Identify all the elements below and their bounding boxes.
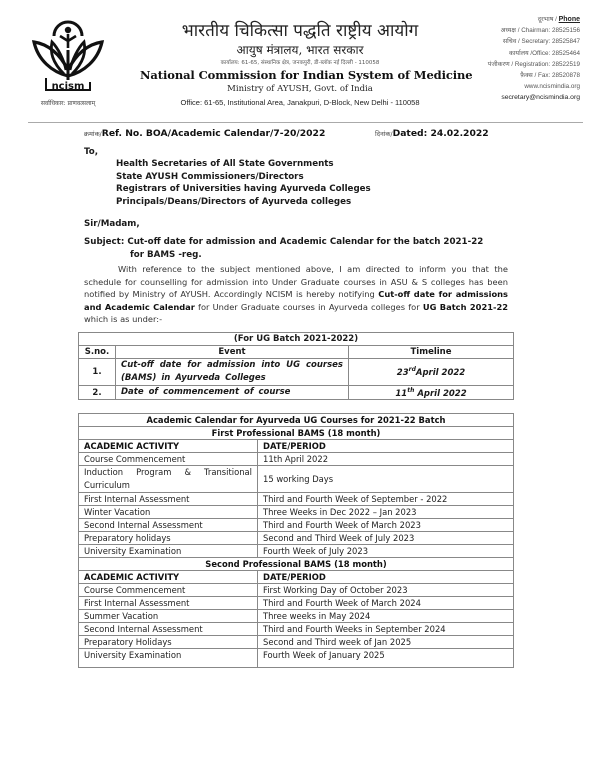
table-row: Induction Program & Transitional Curricu… — [79, 466, 514, 493]
table-header-row: ACADEMIC ACTIVITY DATE/PERIOD — [79, 440, 514, 453]
recipients-list: Health Secretaries of All State Governme… — [116, 158, 371, 209]
month-year: April 2022 — [416, 368, 465, 378]
cell-period: Three weeks in May 2024 — [258, 610, 514, 623]
cell-period: Three Weeks in Dec 2022 – Jan 2023 — [258, 506, 514, 519]
hindi-ministry: आयुष मंत्रालय, भारत सरकार — [150, 41, 450, 58]
cell-timeline: 23rdApril 2022 — [349, 359, 514, 386]
col-header-event: Event — [116, 346, 349, 359]
table-row: Preparatory HolidaysSecond and Third wee… — [79, 636, 514, 649]
date-text: Dated: 24.02.2022 — [393, 128, 489, 139]
cell-activity: Winter Vacation — [79, 506, 258, 519]
contact-chairman: अध्यक्ष / Chairman: 28525156 — [440, 25, 580, 36]
table-row: Winter VacationThree Weeks in Dec 2022 –… — [79, 506, 514, 519]
phone-heading: Phone — [559, 16, 580, 23]
table-row: 1. Cut-off date for admission into UG co… — [79, 359, 514, 386]
table-row: Course Commencement11th April 2022 — [79, 453, 514, 466]
month-year: April 2022 — [414, 388, 466, 398]
table-row: 2. Date of commencement of course 11th A… — [79, 386, 514, 400]
cell-timeline: 11th April 2022 — [349, 386, 514, 400]
to-label: To, — [84, 147, 98, 157]
recipient: Principals/Deans/Directors of Ayurveda c… — [116, 196, 371, 209]
para-text: for Under Graduate courses in Ayurveda c… — [195, 302, 423, 312]
cell-period: Third and Fourth Week of September - 202… — [258, 493, 514, 506]
hindi-address: कार्यालय: 61-65, संस्थानिक क्षेत्र, जनकप… — [150, 58, 450, 66]
contact-registration: पंजीकरण / Registration: 28522519 — [440, 59, 580, 70]
cell-period: Third and Fourth Week of March 2024 — [258, 597, 514, 610]
cell-activity: University Examination — [79, 649, 258, 668]
table-row: First Internal AssessmentThird and Fourt… — [79, 597, 514, 610]
section-heading: Second Professional BAMS (18 month) — [79, 558, 514, 571]
col-header-sno: S.no. — [79, 346, 116, 359]
contact-block: दूरभाष / Phone अध्यक्ष / Chairman: 28525… — [440, 14, 580, 104]
table-header-row: S.no. Event Timeline — [79, 346, 514, 359]
table-title-row: Academic Calendar for Ayurveda UG Course… — [79, 414, 514, 427]
table-caption-row: (For UG Batch 2021-2022) — [79, 333, 514, 346]
table-row: University ExaminationFourth Week of Jan… — [79, 649, 514, 668]
cell-activity: Second Internal Assessment — [79, 519, 258, 532]
office-address: Office: 61-65, Institutional Area, Janak… — [130, 98, 470, 107]
cell-activity: Course Commencement — [79, 584, 258, 597]
subject-line: Subject: Cut-off date for admission and … — [84, 236, 483, 261]
section-heading-row: Second Professional BAMS (18 month) — [79, 558, 514, 571]
ncism-logo: ncism — [28, 14, 108, 94]
para-emphasis: UG Batch 2021-22 — [423, 302, 508, 312]
email-link[interactable]: secretary@ncismindia.org — [440, 92, 580, 103]
ref-label-hindi: क्रमांक/ — [84, 130, 102, 138]
body-paragraph: With reference to the subject mentioned … — [84, 263, 508, 326]
website-link[interactable]: www.ncismindia.org — [440, 81, 580, 92]
day: 23 — [397, 368, 409, 378]
reference-date: दिनांक/Dated: 24.02.2022 — [375, 128, 489, 139]
cell-activity: Induction Program & Transitional Curricu… — [79, 466, 258, 493]
cell-event: Date of commencement of course — [116, 386, 349, 400]
cell-period: Second and Third week of Jan 2025 — [258, 636, 514, 649]
cutoff-table-caption: (For UG Batch 2021-2022) — [79, 333, 514, 346]
table-row: Preparatory holidaysSecond and Third Wee… — [79, 532, 514, 545]
day: 11 — [395, 388, 407, 398]
cell-activity: University Examination — [79, 545, 258, 558]
table-row: University ExaminationFourth Week of Jul… — [79, 545, 514, 558]
para-text: which is as under:- — [84, 314, 162, 324]
cell-activity: First Internal Assessment — [79, 493, 258, 506]
contact-fax: फ़ैक्स / Fax: 28520878 — [440, 70, 580, 81]
col-header-activity: ACADEMIC ACTIVITY — [79, 440, 258, 453]
contact-office: कार्यालय /Office: 28525464 — [440, 48, 580, 59]
cell-period: 11th April 2022 — [258, 453, 514, 466]
english-org-title: National Commission for Indian System of… — [140, 68, 460, 82]
col-header-period: DATE/PERIOD — [258, 440, 514, 453]
ref-text: Ref. No. BOA/Academic Calendar/7-20/2022 — [102, 128, 326, 139]
academic-calendar-table: Academic Calendar for Ayurveda UG Course… — [78, 413, 514, 668]
cell-period: 15 working Days — [258, 466, 514, 493]
cell-event: Cut-off date for admission into UG cours… — [116, 359, 349, 386]
logo-motto: सर्वाधिकार: प्राणवत्सलाम् — [20, 99, 116, 107]
salutation: Sir/Madam, — [84, 219, 140, 229]
cell-sno: 1. — [79, 359, 116, 386]
cell-activity: Course Commencement — [79, 453, 258, 466]
section-heading: First Professional BAMS (18 month) — [79, 427, 514, 440]
section-heading-row: First Professional BAMS (18 month) — [79, 427, 514, 440]
cell-period: Fourth Week of January 2025 — [258, 649, 514, 668]
reference-number: क्रमांक/Ref. No. BOA/Academic Calendar/7… — [84, 128, 325, 139]
cell-period: Third and Fourth Week of March 2023 — [258, 519, 514, 532]
table-row: Summer VacationThree weeks in May 2024 — [79, 610, 514, 623]
cell-activity: Preparatory holidays — [79, 532, 258, 545]
header-divider — [28, 122, 583, 123]
hindi-org-title: भारतीय चिकित्सा पद्धति राष्ट्रीय आयोग — [150, 18, 450, 41]
recipient: Registrars of Universities having Ayurve… — [116, 183, 371, 196]
english-ministry: Ministry of AYUSH, Govt. of India — [150, 84, 450, 94]
table-row: Second Internal AssessmentThird and Four… — [79, 623, 514, 636]
cell-activity: Summer Vacation — [79, 610, 258, 623]
cell-period: Fourth Week of July 2023 — [258, 545, 514, 558]
table-row: First Internal AssessmentThird and Fourt… — [79, 493, 514, 506]
cell-activity: First Internal Assessment — [79, 597, 258, 610]
calendar-title: Academic Calendar for Ayurveda UG Course… — [79, 414, 514, 427]
ordinal-suffix: rd — [409, 366, 416, 373]
cell-activity: Second Internal Assessment — [79, 623, 258, 636]
contact-secretary: सचिव / Secretary: 28525847 — [440, 36, 580, 47]
phone-heading-hindi: दूरभाष / — [538, 16, 557, 23]
table-header-row: ACADEMIC ACTIVITY DATE/PERIOD — [79, 571, 514, 584]
cell-period: Third and Fourth Weeks in September 2024 — [258, 623, 514, 636]
subject-line-2: for BAMS -reg. — [84, 249, 483, 262]
col-header-activity: ACADEMIC ACTIVITY — [79, 571, 258, 584]
cell-period: First Working Day of October 2023 — [258, 584, 514, 597]
subject-line-1: Subject: Cut-off date for admission and … — [84, 237, 483, 247]
lotus-figure-icon: ncism — [28, 14, 108, 98]
recipient: State AYUSH Commissioners/Directors — [116, 171, 371, 184]
cell-period: Second and Third Week of July 2023 — [258, 532, 514, 545]
date-label-hindi: दिनांक/ — [375, 130, 393, 138]
col-header-period: DATE/PERIOD — [258, 571, 514, 584]
cutoff-table: (For UG Batch 2021-2022) S.no. Event Tim… — [78, 332, 514, 400]
table-row: Course CommencementFirst Working Day of … — [79, 584, 514, 597]
table-row: Second Internal AssessmentThird and Four… — [79, 519, 514, 532]
svg-text:ncism: ncism — [52, 81, 85, 92]
col-header-timeline: Timeline — [349, 346, 514, 359]
cell-activity: Preparatory Holidays — [79, 636, 258, 649]
recipient: Health Secretaries of All State Governme… — [116, 158, 371, 171]
cell-sno: 2. — [79, 386, 116, 400]
